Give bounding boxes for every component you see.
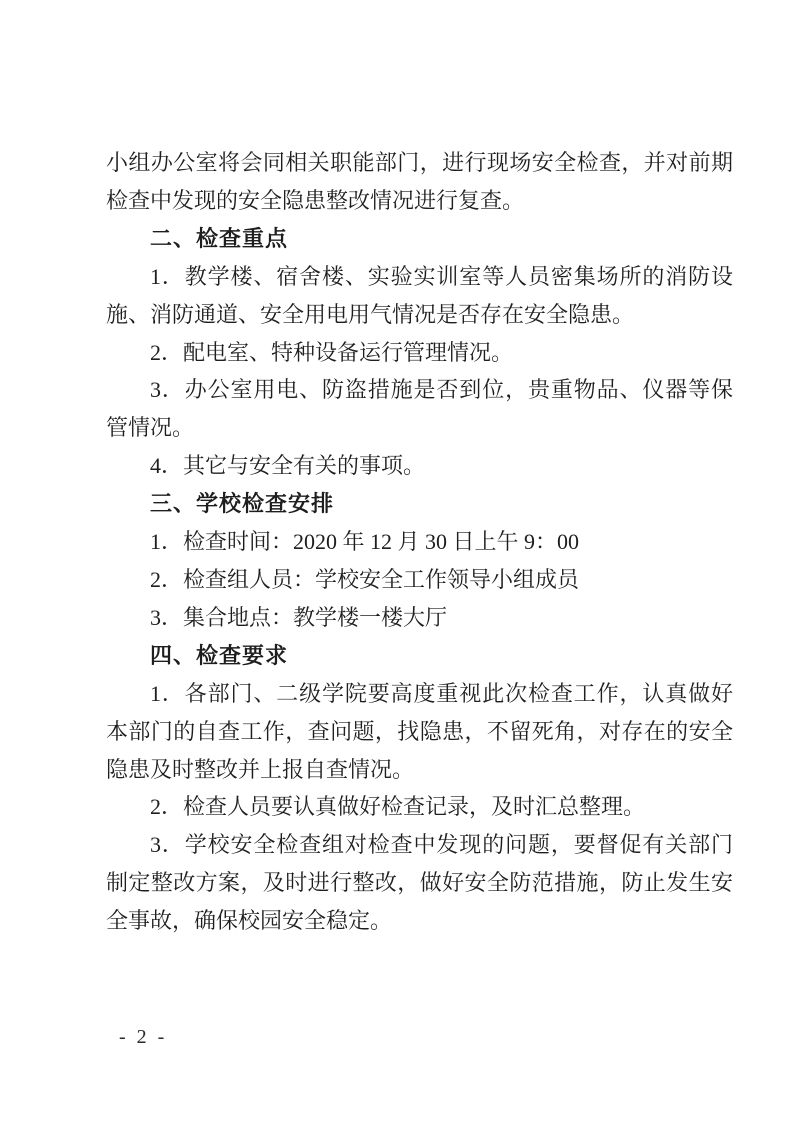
paragraph: 1．检查时间：2020 年 12 月 30 日上午 9：00 xyxy=(106,523,733,561)
text-line: 3．办公室用电、防盗措施是否到位，贵重物品、仪器等保 xyxy=(106,371,733,409)
section-heading: 二、检查重点 xyxy=(106,220,733,258)
text-line: 1．各部门、二级学院要高度重视此次检查工作，认真做好 xyxy=(106,675,733,713)
paragraph: 1．各部门、二级学院要高度重视此次检查工作，认真做好本部门的自查工作，查问题，找… xyxy=(106,675,733,789)
text-line: 制定整改方案，及时进行整改，做好安全防范措施，防止发生安 xyxy=(106,864,733,902)
text-line: 1．检查时间：2020 年 12 月 30 日上午 9：00 xyxy=(106,523,733,561)
text-line: 2．检查人员要认真做好检查记录，及时汇总整理。 xyxy=(106,788,733,826)
text-line: 3．学校安全检查组对检查中发现的问题，要督促有关部门 xyxy=(106,826,733,864)
page-number: - 2 - xyxy=(119,1024,167,1050)
paragraph: 1．教学楼、宿舍楼、实验实训室等人员密集场所的消防设施、消防通道、安全用电用气情… xyxy=(106,258,733,334)
text-line: 本部门的自查工作，查问题，找隐患，不留死角，对存在的安全 xyxy=(106,713,733,751)
text-line: 全事故，确保校园安全稳定。 xyxy=(106,902,733,940)
paragraph: 3．办公室用电、防盗措施是否到位，贵重物品、仪器等保管情况。 xyxy=(106,371,733,447)
text-line: 管情况。 xyxy=(106,409,733,447)
document-body: 小组办公室将会同相关职能部门，进行现场安全检查，并对前期检查中发现的安全隐患整改… xyxy=(106,144,733,940)
text-line: 3．集合地点：教学楼一楼大厅 xyxy=(106,599,733,637)
paragraph: 2．检查人员要认真做好检查记录，及时汇总整理。 xyxy=(106,788,733,826)
text-line: 2．配电室、特种设备运行管理情况。 xyxy=(106,334,733,372)
text-line: 检查中发现的安全隐患整改情况进行复查。 xyxy=(106,182,733,220)
section-heading: 四、检查要求 xyxy=(106,637,733,675)
paragraph: 3．学校安全检查组对检查中发现的问题，要督促有关部门制定整改方案，及时进行整改，… xyxy=(106,826,733,940)
heading-line: 二、检查重点 xyxy=(106,220,733,258)
document-page: 小组办公室将会同相关职能部门，进行现场安全检查，并对前期检查中发现的安全隐患整改… xyxy=(0,0,800,1131)
text-line: 小组办公室将会同相关职能部门，进行现场安全检查，并对前期 xyxy=(106,144,733,182)
paragraph: 3．集合地点：教学楼一楼大厅 xyxy=(106,599,733,637)
paragraph: 小组办公室将会同相关职能部门，进行现场安全检查，并对前期检查中发现的安全隐患整改… xyxy=(106,144,733,220)
paragraph: 4．其它与安全有关的事项。 xyxy=(106,447,733,485)
heading-line: 三、学校检查安排 xyxy=(106,485,733,523)
text-line: 施、消防通道、安全用电用气情况是否存在安全隐患。 xyxy=(106,296,733,334)
section-heading: 三、学校检查安排 xyxy=(106,485,733,523)
paragraph: 2．检查组人员：学校安全工作领导小组成员 xyxy=(106,561,733,599)
paragraph: 2．配电室、特种设备运行管理情况。 xyxy=(106,334,733,372)
text-line: 隐患及时整改并上报自查情况。 xyxy=(106,751,733,789)
text-line: 4．其它与安全有关的事项。 xyxy=(106,447,733,485)
text-line: 2．检查组人员：学校安全工作领导小组成员 xyxy=(106,561,733,599)
heading-line: 四、检查要求 xyxy=(106,637,733,675)
text-line: 1．教学楼、宿舍楼、实验实训室等人员密集场所的消防设 xyxy=(106,258,733,296)
